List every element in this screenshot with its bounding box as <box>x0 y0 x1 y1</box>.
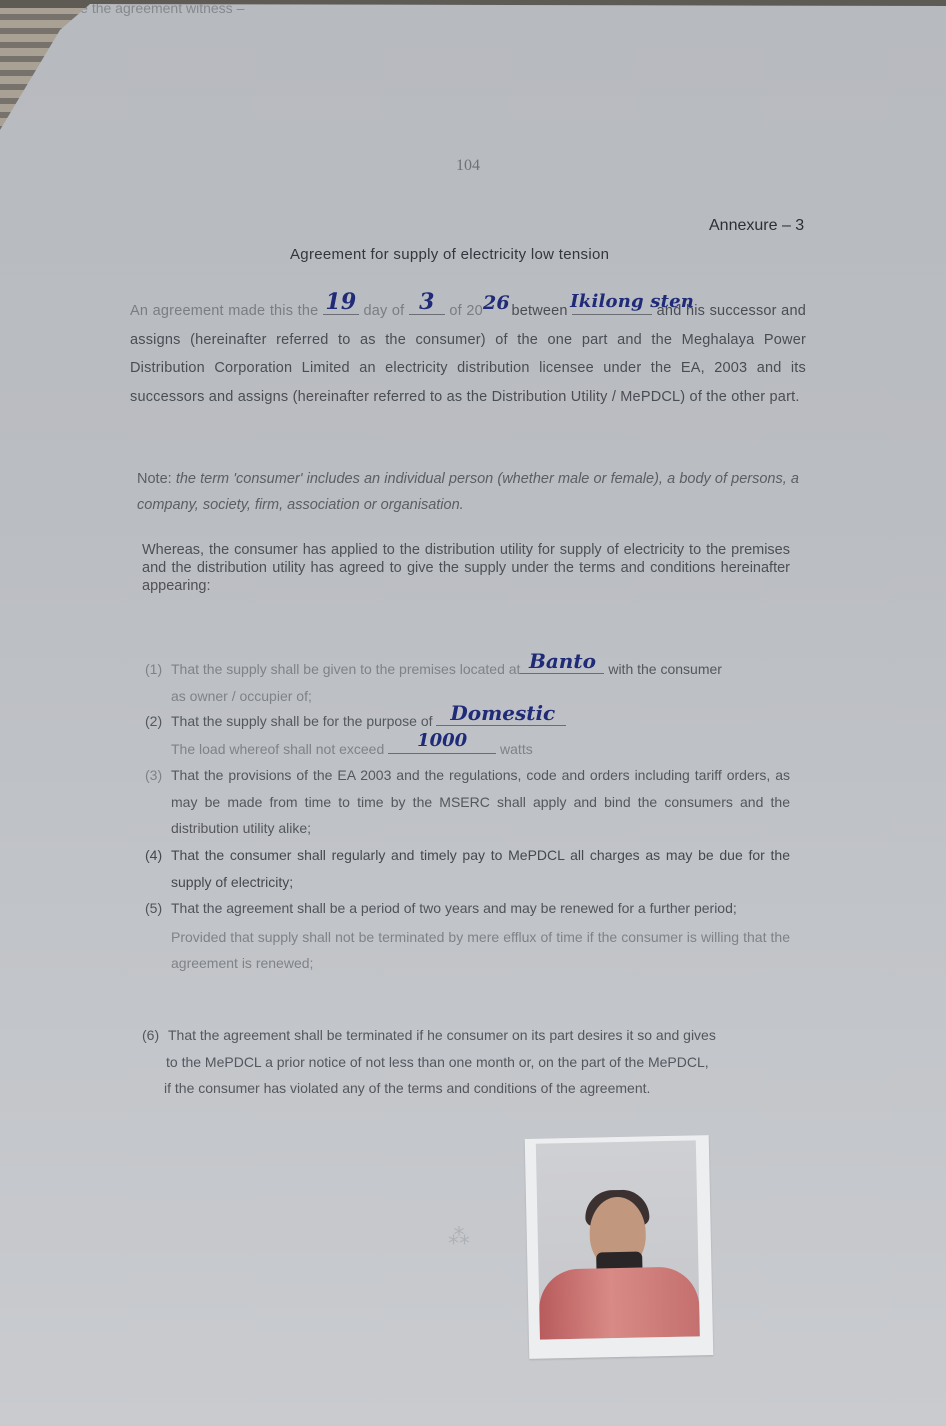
clause-5: (5)That the agreement shall be a period … <box>145 895 790 977</box>
year-field[interactable]: 26 <box>483 297 507 315</box>
clause-2: (2)That the supply shall be for the purp… <box>145 707 790 762</box>
whereas-paragraph: Whereas, the consumer has applied to the… <box>142 541 790 595</box>
day-field[interactable]: 19 <box>323 296 359 315</box>
clause-5-proviso: Provided that supply shall not be termin… <box>145 924 790 977</box>
note-paragraph: Note: the term 'consumer' includes an in… <box>137 466 799 518</box>
consumer-name-field[interactable]: Ikilong sten <box>572 296 652 315</box>
month-field[interactable]: 3 <box>409 296 445 315</box>
clause-3: (3)That the provisions of the EA 2003 an… <box>145 762 790 842</box>
page-number: 104 <box>456 157 480 175</box>
load-limit-field[interactable]: 1000 <box>388 735 496 754</box>
supply-purpose-field[interactable]: Domestic <box>436 707 566 726</box>
clause-6: (6)That the agreement shall be terminate… <box>142 1022 794 1102</box>
watermark-icon: ⁂ <box>448 1224 470 1250</box>
annexure-label: Annexure – 3 <box>709 217 804 235</box>
document-page: 104 Annexure – 3 Agreement for supply of… <box>0 0 946 1426</box>
document-title: Agreement for supply of electricity low … <box>290 246 609 263</box>
clause-4: (4)That the consumer shall regularly and… <box>145 842 790 895</box>
premises-location-field[interactable]: Banto <box>520 655 604 674</box>
consumer-photo <box>525 1135 714 1359</box>
intro-paragraph: An agreement made this the 19 day of 3 o… <box>130 296 806 411</box>
